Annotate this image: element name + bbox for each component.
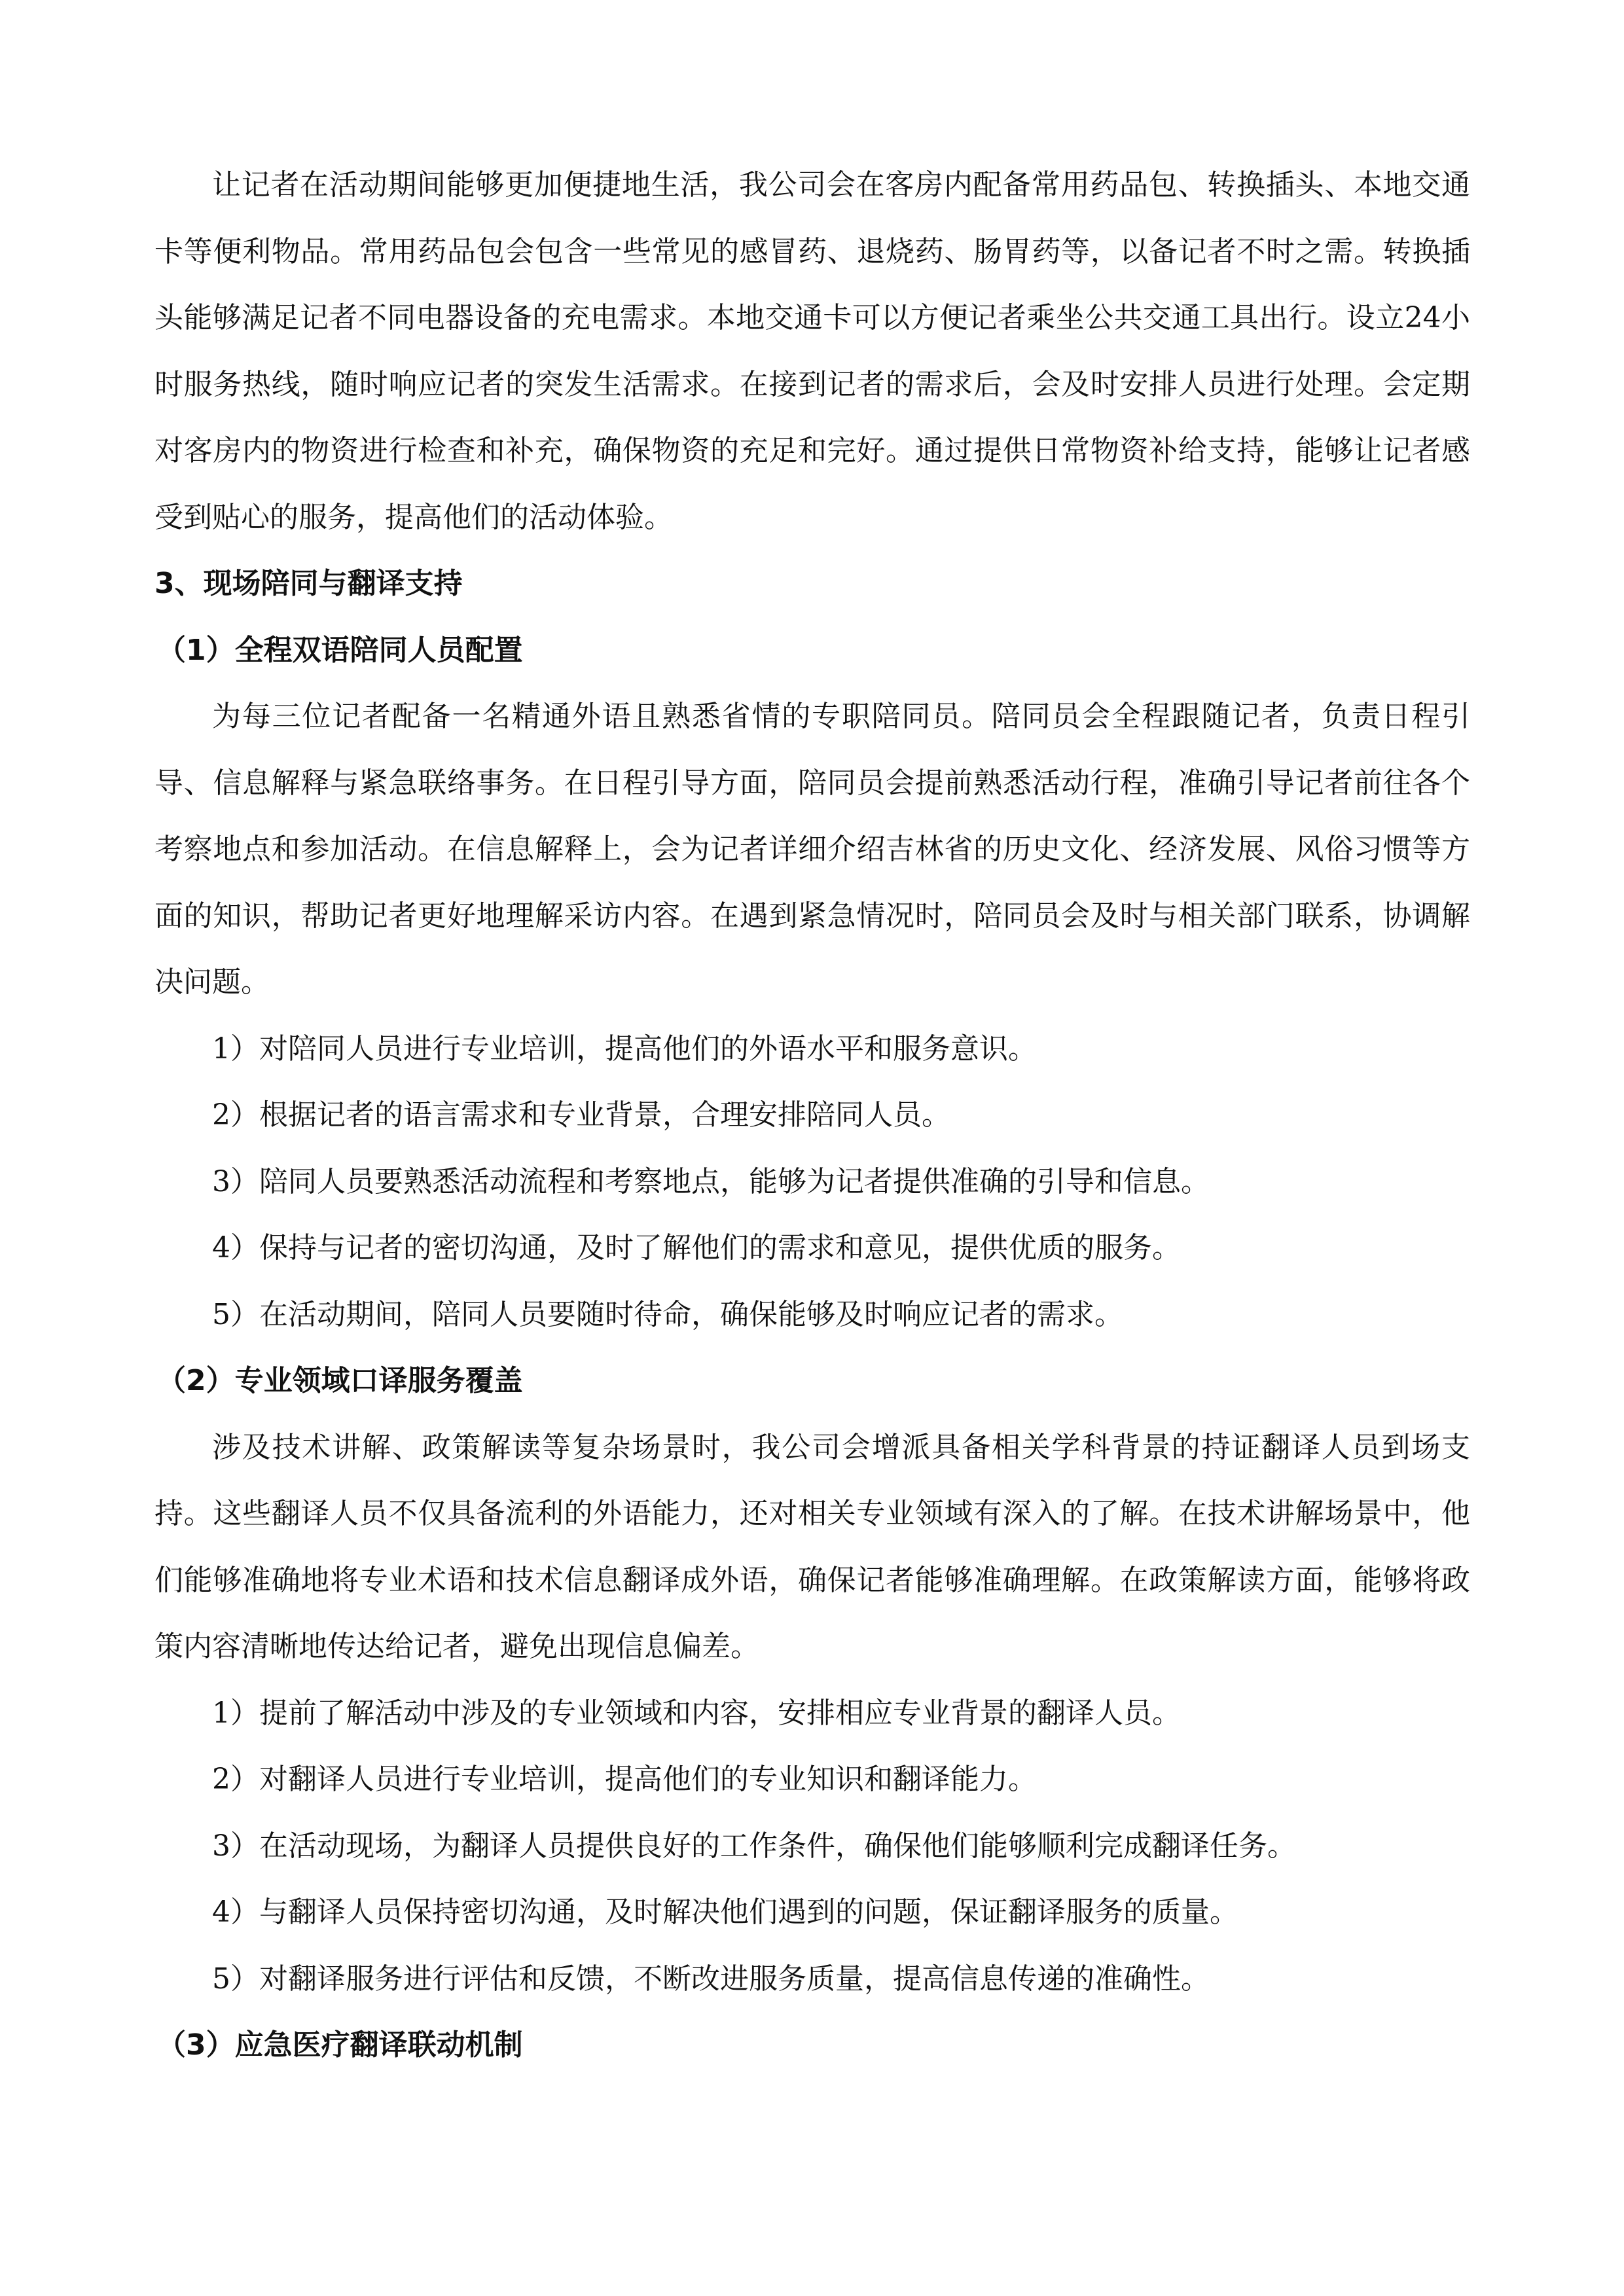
subsection-paragraph-2: 涉及技术讲解、政策解读等复杂场景时，我公司会增派具备相关学科背景的持证翻译人员到… xyxy=(154,1414,1470,1680)
intro-paragraph: 让记者在活动期间能够更加便捷地生活，我公司会在客房内配备常用药品包、转换插头、本… xyxy=(154,152,1470,550)
subsection-paragraph-1: 为每三位记者配备一名精通外语且熟悉省情的专职陪同员。陪同员会全程跟随记者，负责日… xyxy=(154,683,1470,1016)
list-item: 5）对翻译服务进行评估和反馈，不断改进服务质量，提高信息传递的准确性。 xyxy=(154,1946,1470,2013)
list-item: 5）在活动期间，陪同人员要随时待命，确保能够及时响应记者的需求。 xyxy=(154,1282,1470,1348)
subsection-heading-1: （1）全程双语陪同人员配置 xyxy=(157,617,1470,684)
list-item: 3）在活动现场，为翻译人员提供良好的工作条件，确保他们能够顺利完成翻译任务。 xyxy=(154,1813,1470,1880)
list-item: 3）陪同人员要熟悉活动流程和考察地点，能够为记者提供准确的引导和信息。 xyxy=(154,1149,1470,1215)
list-item: 2）对翻译人员进行专业培训，提高他们的专业知识和翻译能力。 xyxy=(154,1746,1470,1813)
subsection-heading-2: （2）专业领域口译服务覆盖 xyxy=(157,1348,1470,1414)
list-item: 4）与翻译人员保持密切沟通，及时解决他们遇到的问题，保证翻译服务的质量。 xyxy=(154,1879,1470,1946)
list-item: 4）保持与记者的密切沟通，及时了解他们的需求和意见，提供优质的服务。 xyxy=(154,1215,1470,1282)
subsection-heading-3: （3）应急医疗翻译联动机制 xyxy=(157,2012,1470,2079)
list-item: 1）提前了解活动中涉及的专业领域和内容，安排相应专业背景的翻译人员。 xyxy=(154,1680,1470,1747)
list-item: 2）根据记者的语言需求和专业背景，合理安排陪同人员。 xyxy=(154,1082,1470,1149)
document-page: 让记者在活动期间能够更加便捷地生活，我公司会在客房内配备常用药品包、转换插头、本… xyxy=(0,0,1624,2296)
section-heading: 3、现场陪同与翻译支持 xyxy=(154,550,1470,617)
list-item: 1）对陪同人员进行专业培训，提高他们的外语水平和服务意识。 xyxy=(154,1016,1470,1083)
page-content: 让记者在活动期间能够更加便捷地生活，我公司会在客房内配备常用药品包、转换插头、本… xyxy=(154,152,1470,2079)
